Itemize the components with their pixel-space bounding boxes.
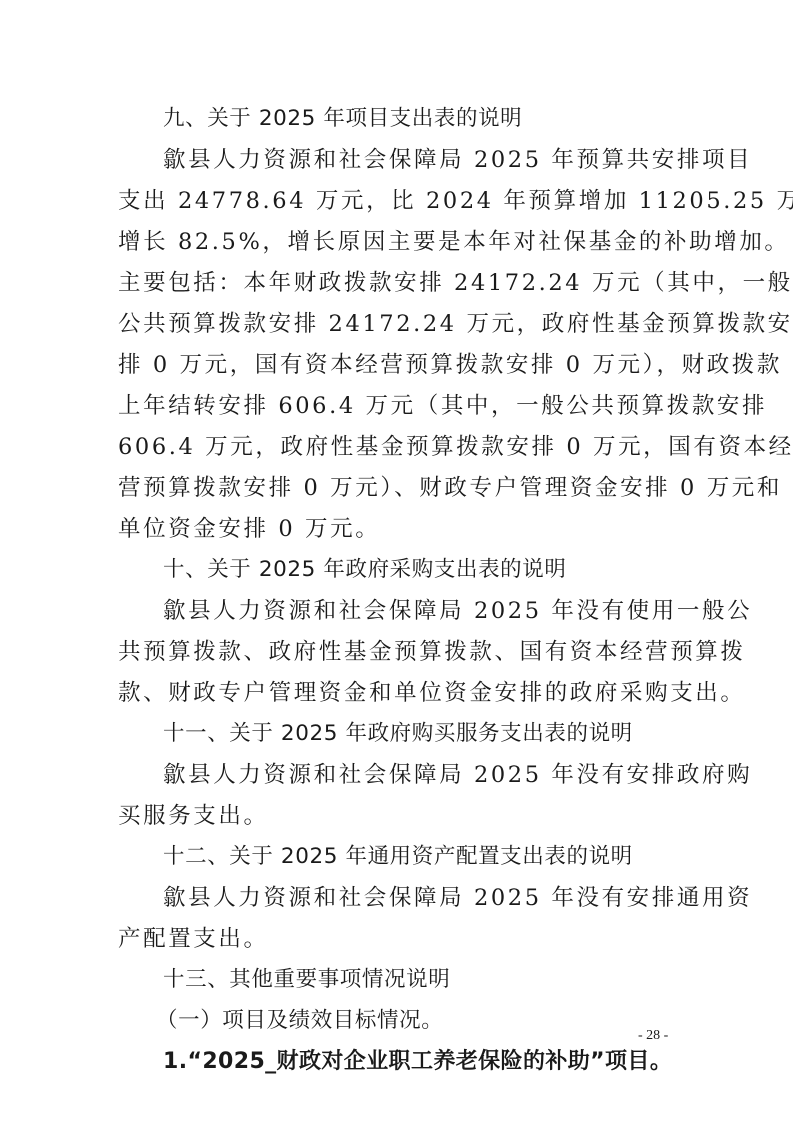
project-title: 1.“2025_财政对企业职工养老保险的补助”项目。 (163, 1044, 678, 1080)
paragraph-line: 共预算拨款、政府性基金预算拨款、国有资本经营预算拨 (118, 634, 678, 670)
paragraph-line: 主要包括：本年财政拨款安排 24172.24 万元（其中，一般 (118, 265, 678, 301)
paragraph-line: 606.4 万元，政府性基金预算拨款安排 0 万元，国有资本经 (118, 429, 678, 465)
page-number: - 28 - (638, 1028, 668, 1044)
paragraph-line: 款、财政专户管理资金和单位资金安排的政府采购支出。 (118, 675, 678, 711)
paragraph-line: 排 0 万元，国有资本经营预算拨款安排 0 万元），财政拨款 (118, 347, 678, 383)
section-heading-12: 十二、关于 2025 年通用资产配置支出表的说明 (163, 839, 678, 875)
paragraph-line: 歙县人力资源和社会保障局 2025 年预算共安排项目 (163, 142, 678, 178)
paragraph-line: 上年结转安排 606.4 万元（其中，一般公共预算拨款安排 (118, 388, 678, 424)
subsection-heading: （一）项目及绩效目标情况。 (156, 1003, 716, 1039)
section-heading-9: 九、关于 2025 年项目支出表的说明 (163, 101, 678, 137)
document-page: 九、关于 2025 年项目支出表的说明 歙县人力资源和社会保障局 2025 年预… (0, 0, 793, 1122)
section-heading-10: 十、关于 2025 年政府采购支出表的说明 (163, 552, 678, 588)
section-heading-13: 十三、其他重要事项情况说明 (163, 962, 678, 998)
paragraph-line: 歙县人力资源和社会保障局 2025 年没有安排政府购 (163, 757, 678, 793)
paragraph-line: 营预算拨款安排 0 万元）、财政专户管理资金安排 0 万元和 (118, 470, 678, 506)
paragraph-line: 支出 24778.64 万元，比 2024 年预算增加 11205.25 万元， (118, 183, 678, 219)
paragraph-line: 增长 82.5%，增长原因主要是本年对社保基金的补助增加。 (118, 224, 678, 260)
paragraph-line: 公共预算拨款安排 24172.24 万元，政府性基金预算拨款安 (118, 306, 678, 342)
paragraph-line: 单位资金安排 0 万元。 (118, 511, 678, 547)
paragraph-line: 歙县人力资源和社会保障局 2025 年没有使用一般公 (163, 593, 678, 629)
paragraph-line: 歙县人力资源和社会保障局 2025 年没有安排通用资 (163, 880, 678, 916)
section-heading-11: 十一、关于 2025 年政府购买服务支出表的说明 (163, 716, 678, 752)
paragraph-line: 产配置支出。 (118, 921, 678, 957)
paragraph-line: 买服务支出。 (118, 798, 678, 834)
